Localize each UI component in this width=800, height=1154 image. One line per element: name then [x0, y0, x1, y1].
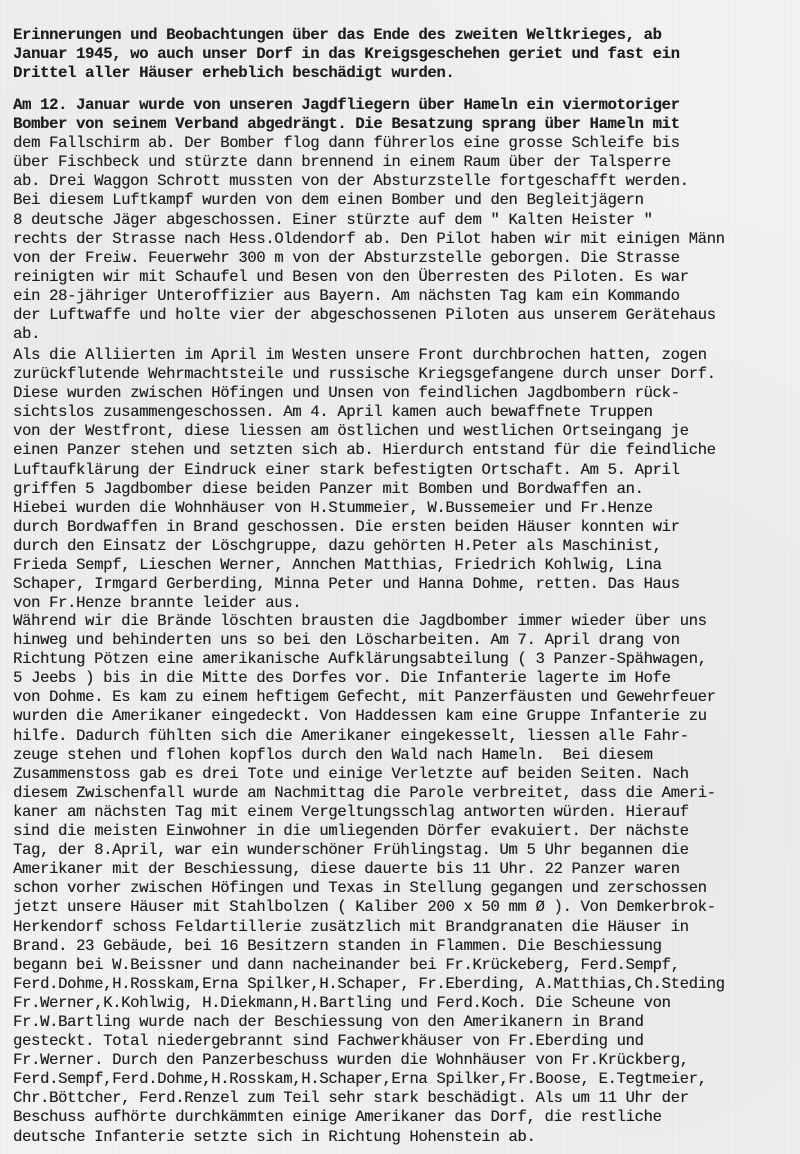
text-line: Frieda Sempf, Lieschen Werner, Annchen M…	[13, 556, 716, 575]
text-line: Bei diesem Luftkampf wurden von dem eine…	[13, 191, 725, 210]
text-line: Erinnerungen und Beobachtungen über das …	[13, 26, 680, 45]
text-line: Während wir die Brände löschten brausten…	[13, 612, 725, 631]
text-line: durch den Einsatz der Löschgruppe, dazu …	[13, 537, 716, 556]
text-line: sind die meisten Einwohner in die umlieg…	[13, 822, 725, 841]
text-line: der Luftwaffe und holte vier der abgesch…	[13, 306, 725, 325]
text-line: Diese wurden zwischen Höfingen und Unsen…	[13, 384, 716, 403]
text-line: kaner am nächsten Tag mit einem Vergeltu…	[13, 803, 725, 822]
text-line: von Dohme. Es kam zu einem heftigem Gefe…	[13, 688, 725, 707]
paragraph-april-front: Als die Alliierten im April im Westen un…	[13, 346, 716, 613]
text-line: rechts der Strasse nach Hess.Oldendorf a…	[13, 230, 725, 249]
text-line: jetzt unsere Häuser mit Stahlbolzen ( Ka…	[13, 898, 725, 917]
text-line: zeuge stehen und flohen kopflos durch de…	[13, 746, 725, 765]
text-line: deutsche Infanterie setzte sich in Richt…	[13, 1128, 725, 1147]
text-line: begann bei W.Beissner und dann nacheinan…	[13, 956, 725, 975]
text-line: Am 12. Januar wurde von unseren Jagdflie…	[13, 96, 725, 115]
text-line: Schaper, Irmgard Gerberding, Minna Peter…	[13, 575, 716, 594]
text-line: zurückflutende Wehrmachtsteile und russi…	[13, 365, 716, 384]
text-line: Herkendorf schoss Feldartillerie zusätzl…	[13, 918, 725, 937]
text-line: Hiebei wurden die Wohnhäuser von H.Stumm…	[13, 499, 716, 518]
text-line: Ferd.Dohme,H.Rosskam,Erna Spilker,H.Scha…	[13, 975, 725, 994]
text-line: dem Fallschirm ab. Der Bomber flog dann …	[13, 134, 725, 153]
text-line: von Fr.Henze brannte leider aus.	[13, 594, 716, 613]
text-line: wurden die Amerikaner eingedeckt. Von Ha…	[13, 707, 725, 726]
text-line: von der Freiw. Feuerwehr 300 m von der A…	[13, 249, 725, 268]
text-line: Tag, der 8.April, war ein wunderschöner …	[13, 841, 725, 860]
text-line: Richtung Pötzen eine amerikanische Aufkl…	[13, 650, 725, 669]
typewritten-document: Erinnerungen und Beobachtungen über das …	[13, 0, 800, 95]
text-line: durch Bordwaffen in Brand geschossen. Di…	[13, 518, 716, 537]
text-line: Ferd.Sempf,Ferd.Dohme,H.Rosskam,H.Schape…	[13, 1070, 725, 1089]
text-line: 5 Jeebs ) bis in die Mitte des Dorfes vo…	[13, 669, 725, 688]
text-line: ab. Drei Waggon Schrott mussten von der …	[13, 172, 725, 191]
text-line: Fr.Werner. Durch den Panzerbeschuss wurd…	[13, 1051, 725, 1070]
text-line: über Fischbeck und stürzte dann brennend…	[13, 153, 725, 172]
text-line: hilfe. Dadurch fühlten sich die Amerikan…	[13, 727, 725, 746]
text-line: Fr.W.Bartling wurde nach der Beschiessun…	[13, 1013, 725, 1032]
document-title-paragraph: Erinnerungen und Beobachtungen über das …	[13, 26, 680, 83]
text-line: griffen 5 Jagdbomber diese beiden Panzer…	[13, 480, 716, 499]
text-line: Brand. 23 Gebäude, bei 16 Besitzern stan…	[13, 937, 725, 956]
text-line: Chr.Böttcher, Ferd.Renzel zum Teil sehr …	[13, 1089, 725, 1108]
text-line: reinigten wir mit Schaufel und Besen von…	[13, 268, 725, 287]
text-line: Als die Alliierten im April im Westen un…	[13, 346, 716, 365]
text-line: Bomber von seinem Verband abgedrängt. Di…	[13, 115, 725, 134]
text-line: Drittel aller Häuser erheblich beschädig…	[13, 64, 680, 83]
text-line: 8 deutsche Jäger abgeschossen. Einer stü…	[13, 211, 725, 230]
text-line: schon vorher zwischen Höfingen und Texas…	[13, 879, 725, 898]
text-line: Beschuss aufhörte durchkämmten einige Am…	[13, 1108, 725, 1127]
text-line: diesem Zwischenfall wurde am Nachmittag …	[13, 784, 725, 803]
text-line: Amerikaner mit der Beschiessung, diese d…	[13, 860, 725, 879]
paragraph-american-attack: Während wir die Brände löschten brausten…	[13, 612, 725, 1147]
text-line: ein 28-jähriger Unteroffizier aus Bayern…	[13, 287, 725, 306]
paragraph-january-bomber: Am 12. Januar wurde von unseren Jagdflie…	[13, 96, 725, 344]
text-line: Fr.Werner,K.Kohlwig, H.Diekmann,H.Bartli…	[13, 994, 725, 1013]
text-line: von der Westfront, diese liessen am östl…	[13, 422, 716, 441]
text-line: sichtslos zusammengeschossen. Am 4. Apri…	[13, 403, 716, 422]
text-line: einen Panzer stehen und setzten sich ab.…	[13, 441, 716, 460]
text-line: Zusammenstoss gab es drei Tote und einig…	[13, 765, 725, 784]
text-line: ab.	[13, 325, 725, 344]
text-line: Luftaufklärung der Eindruck einer stark …	[13, 461, 716, 480]
text-line: hinweg und behinderten uns so bei den Lö…	[13, 631, 725, 650]
text-line: gesteckt. Total niedergebrannt sind Fach…	[13, 1032, 725, 1051]
text-line: Januar 1945, wo auch unser Dorf in das K…	[13, 45, 680, 64]
